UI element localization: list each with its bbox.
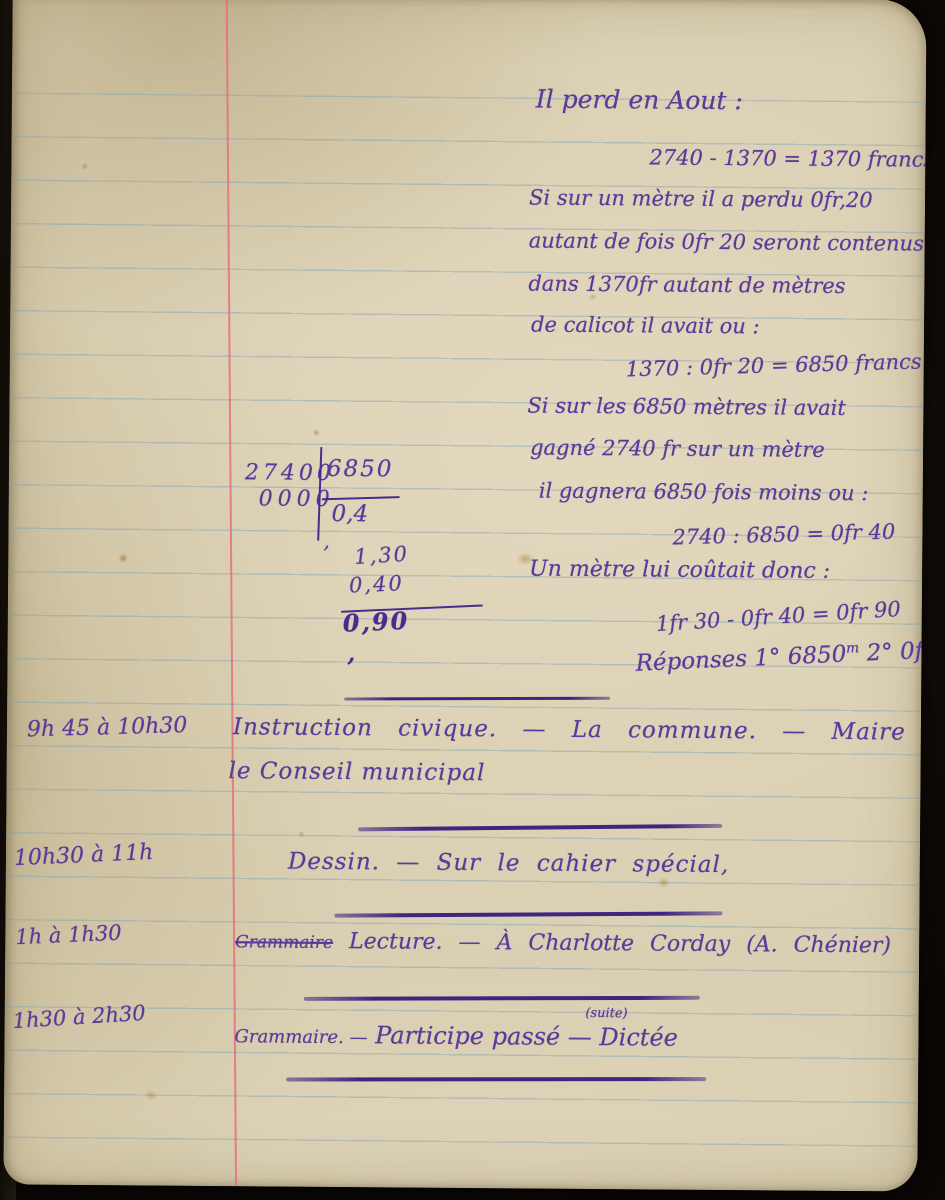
entry-text: Lecture. — À Charlotte Corday (A. Chénie…	[349, 929, 891, 958]
timetable-entry: le Conseil municipal	[228, 760, 485, 785]
timetable-time: 9h 45 à 10h30	[27, 715, 188, 741]
solution-line: il gagnera 6850 fois moins ou :	[539, 481, 869, 505]
answers-part2: 2° 0fr 90	[866, 636, 927, 667]
timetable-entry: Grammaire. — Participe passé (suite) — D…	[234, 1022, 678, 1049]
entry-main: Participe passé (suite)	[375, 1021, 568, 1051]
entry-main-text: Participe passé	[375, 1021, 560, 1050]
subtraction-comma-mark: ,	[347, 643, 355, 665]
solution-line: Un mètre lui coûtait donc :	[529, 559, 830, 583]
division-quotient: 0,4	[332, 503, 369, 526]
solution-line: 2740 - 1370 = 1370 francs	[649, 147, 926, 170]
solution-line: dans 1370fr autant de mètres	[528, 273, 845, 296]
photographed-notebook-page: Il perd en Aout : 2740 - 1370 = 1370 fra…	[0, 0, 945, 1200]
answers-label: Réponses	[635, 646, 748, 677]
solution-line: autant de fois 0fr 20 seront contenus	[529, 230, 924, 254]
answers-part1: 1° 6850	[754, 641, 847, 671]
division-comma-mark: ,	[323, 531, 330, 551]
struck-word: Grammaire	[235, 932, 333, 953]
subtraction-subtrahend: 0,40	[349, 573, 405, 596]
separator-line	[286, 1077, 706, 1081]
timetable-time: 1h à 1h30	[15, 923, 122, 949]
subtraction-result: 0,90	[342, 609, 409, 636]
subtraction-minuend: 1,30	[354, 544, 410, 568]
timetable-entry: Dessin. — Sur le cahier spécial,	[288, 851, 730, 877]
solution-line: de calicot il avait ou :	[531, 315, 760, 338]
insertion-above: (suite)	[585, 1007, 627, 1020]
notebook-paper: Il perd en Aout : 2740 - 1370 = 1370 fra…	[3, 0, 926, 1192]
division-divisor: 6850	[327, 458, 394, 482]
timetable-entry: Instruction civique. — La commune. — Mai…	[233, 716, 927, 745]
solution-line: Si sur un mètre il a perdu 0fr,20	[529, 187, 873, 211]
solution-line: gagné 2740 fr sur un mètre	[530, 438, 825, 461]
solution-heading: Il perd en Aout :	[536, 87, 743, 114]
solution-line: Si sur les 6850 mètres il avait	[527, 395, 846, 418]
entry-suffix: — Dictée	[568, 1023, 678, 1052]
entry-prefix: Grammaire. —	[234, 1026, 367, 1048]
timetable-entry: Grammaire Lecture. — À Charlotte Corday …	[235, 930, 891, 957]
answers-superscript: m	[846, 640, 860, 657]
